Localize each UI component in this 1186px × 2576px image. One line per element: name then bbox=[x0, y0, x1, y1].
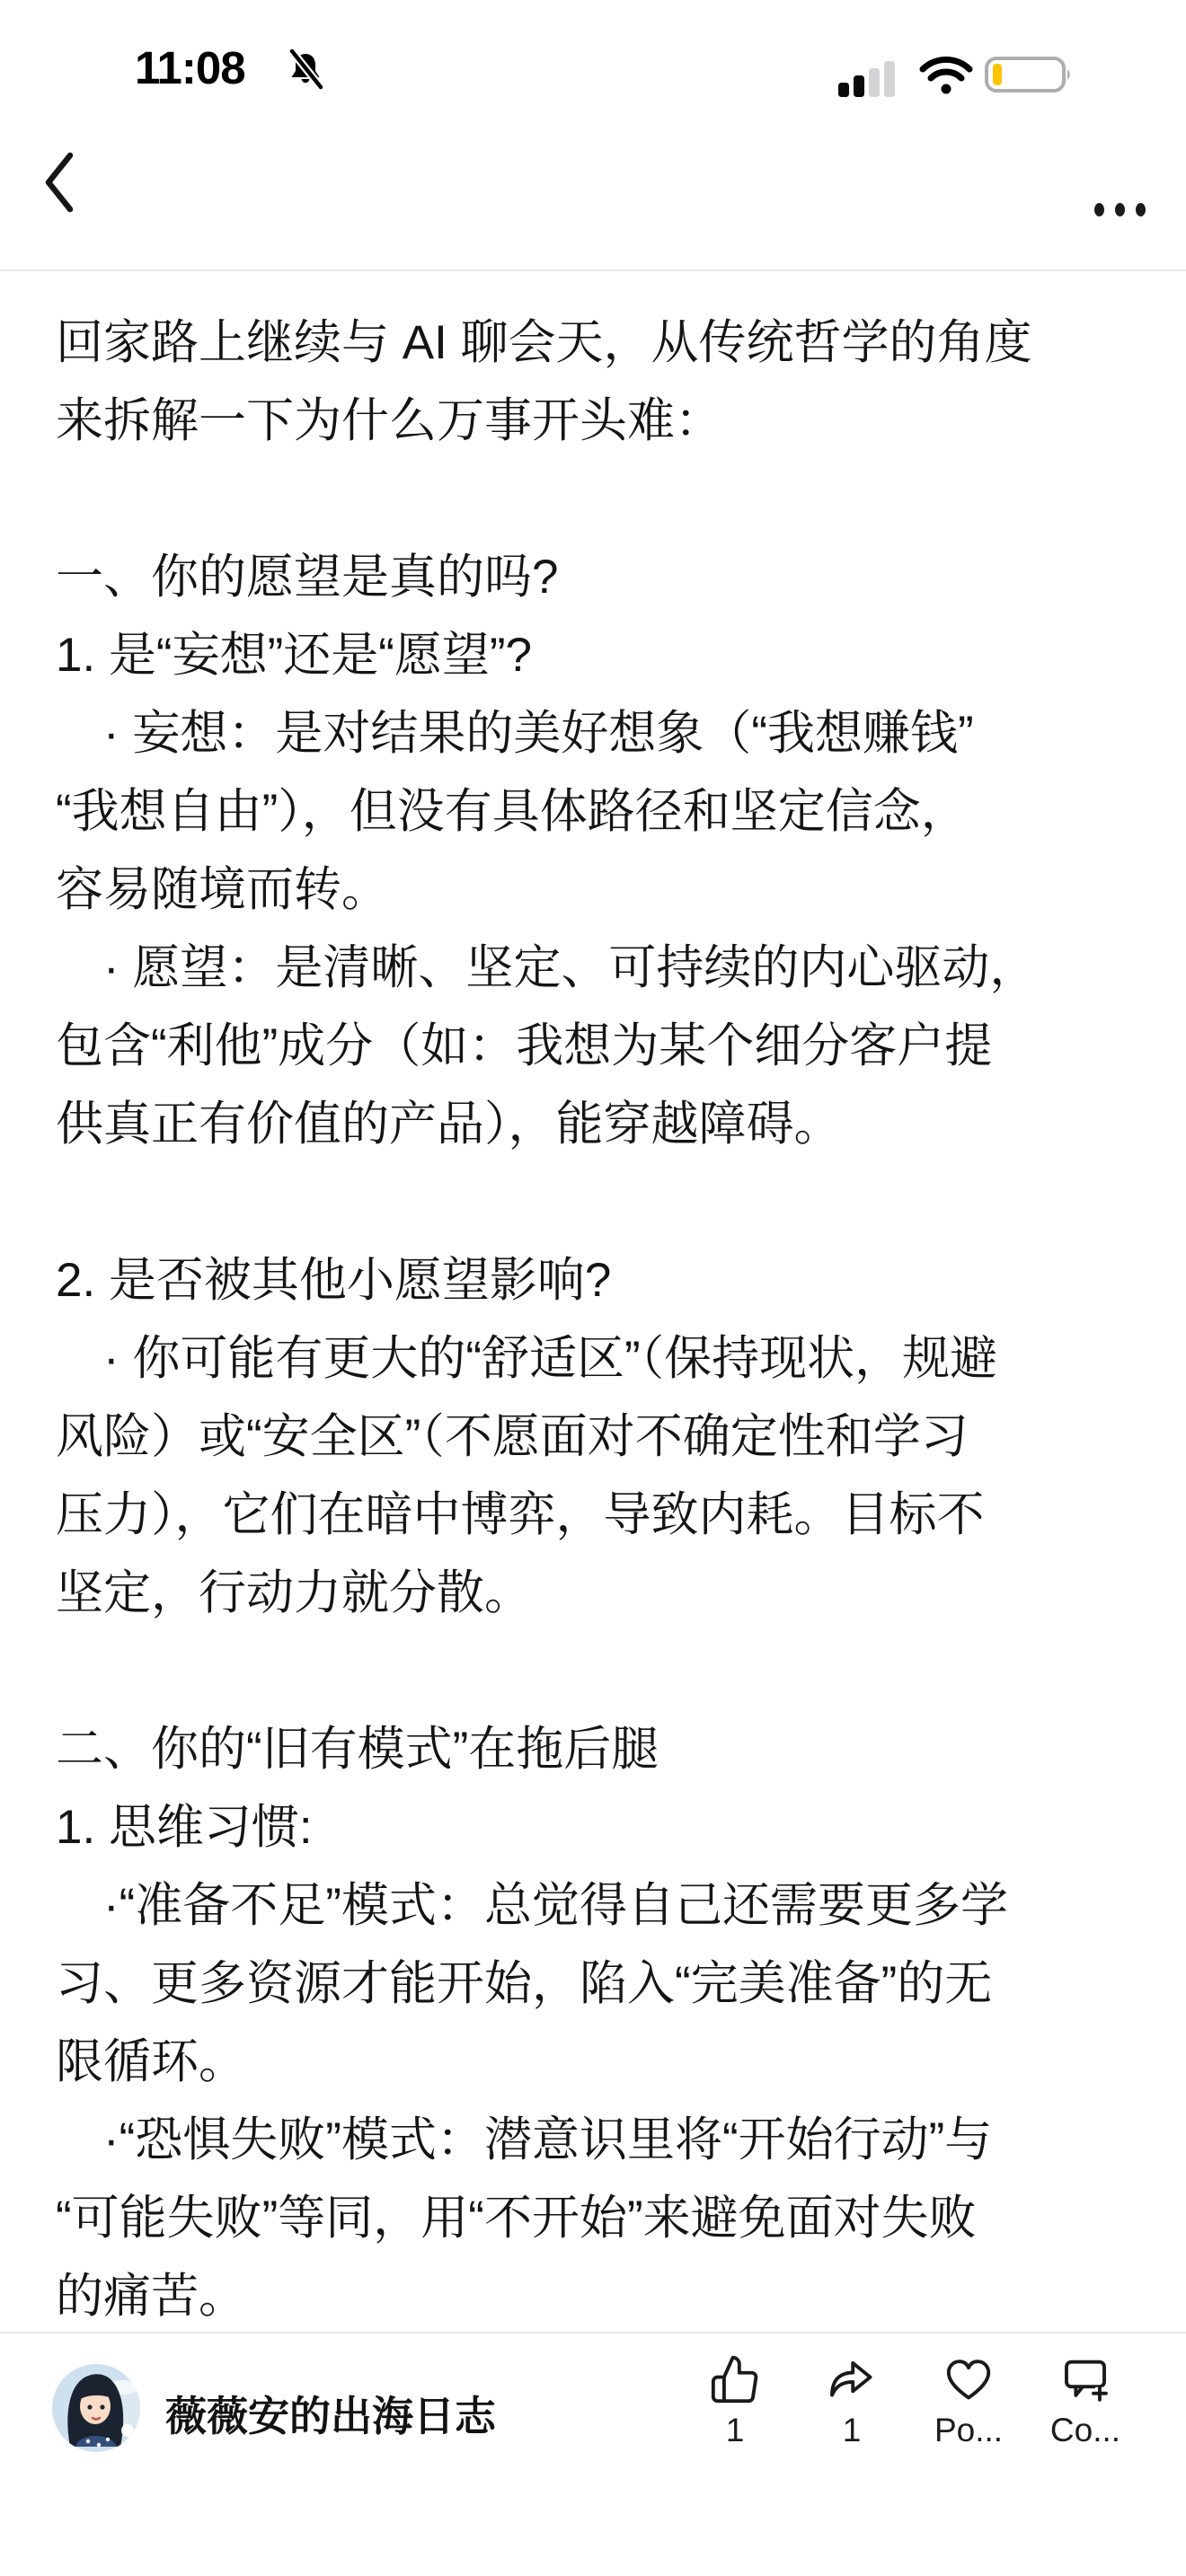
share-icon bbox=[826, 2353, 878, 2405]
clock: 11:08 bbox=[135, 41, 245, 94]
favorite-label: Po... bbox=[934, 2411, 1003, 2450]
ellipsis-dot bbox=[1115, 203, 1125, 216]
nav-bar bbox=[0, 117, 1186, 269]
more-button[interactable] bbox=[1094, 203, 1146, 216]
share-count: 1 bbox=[843, 2411, 862, 2450]
comment-plus-icon bbox=[1059, 2353, 1111, 2405]
ellipsis-dot bbox=[1094, 203, 1104, 216]
post-body: 回家路上继续与 AI 聊会天，从传统哲学的角度 来拆解一下为什么万事开头难： 一… bbox=[0, 271, 1186, 2335]
comment-button[interactable]: Co... bbox=[1039, 2353, 1132, 2450]
like-count: 1 bbox=[726, 2411, 745, 2450]
share-button[interactable]: 1 bbox=[805, 2353, 898, 2450]
mute-icon bbox=[284, 49, 327, 92]
ellipsis-dot bbox=[1136, 203, 1146, 216]
thumbs-up-icon bbox=[709, 2353, 761, 2405]
back-button[interactable] bbox=[41, 151, 77, 214]
chevron-left-icon bbox=[41, 151, 77, 214]
comment-label: Co... bbox=[1050, 2411, 1120, 2450]
cellular-signal-icon bbox=[838, 56, 898, 97]
action-bar: 1 1 Po... Co... bbox=[688, 2353, 1132, 2450]
status-bar: 11:08 bbox=[0, 0, 1186, 117]
battery-icon bbox=[985, 54, 1075, 95]
wifi-icon bbox=[918, 55, 974, 96]
footer-bar: 薇薇安的出海日志 1 1 Po... bbox=[0, 2333, 1186, 2576]
author-username[interactable]: 薇薇安的出海日志 bbox=[165, 2384, 496, 2443]
like-button[interactable]: 1 bbox=[688, 2353, 782, 2450]
heart-icon bbox=[943, 2353, 995, 2405]
favorite-button[interactable]: Po... bbox=[922, 2353, 1015, 2450]
author-avatar[interactable] bbox=[52, 2364, 140, 2452]
